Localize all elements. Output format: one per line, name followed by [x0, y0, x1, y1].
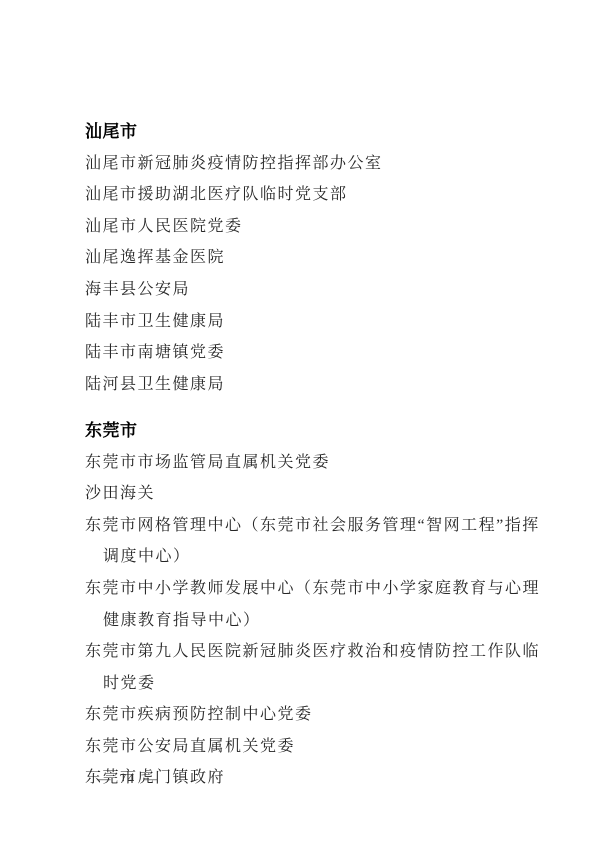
org-list-item: 沙田海关 — [85, 478, 595, 510]
org-list-item-continuation: 时党委 — [85, 668, 595, 700]
org-list-item: 海丰县公安局 — [85, 274, 595, 306]
page-number-value: 74 — [120, 771, 136, 786]
org-list-item: 东莞市中小学教师发展中心（东莞市中小学家庭教育与心理 — [85, 573, 595, 605]
org-list-item: 陆丰市南塘镇党委 — [85, 337, 595, 369]
organization-list: 汕尾市 汕尾市新冠肺炎疫情防控指挥部办公室 汕尾市援助湖北医疗队临时党支部 汕尾… — [85, 116, 595, 794]
org-list-item: 东莞市第九人民医院新冠肺炎医疗救治和疫情防控工作队临 — [85, 636, 595, 668]
org-list-item: 东莞市疾病预防控制中心党委 — [85, 699, 595, 731]
page-number-right-dash: — — [144, 771, 158, 786]
org-list-item: 汕尾逸挥基金医院 — [85, 242, 595, 274]
org-list-item: 东莞市网格管理中心（东莞市社会服务管理“智网工程”指挥 — [85, 510, 595, 542]
org-list-item: 东莞市虎门镇政府 — [85, 762, 595, 794]
org-list-item-continuation: 健康教育指导中心） — [85, 605, 595, 637]
page-number-left-dash: — — [97, 771, 111, 786]
org-list-item: 汕尾市新冠肺炎疫情防控指挥部办公室 — [85, 148, 595, 180]
org-list-item: 东莞市市场监管局直属机关党委 — [85, 447, 595, 479]
section-gap — [85, 400, 595, 415]
org-list-item: 东莞市公安局直属机关党委 — [85, 731, 595, 763]
section-shanwei: 汕尾市 汕尾市新冠肺炎疫情防控指挥部办公室 汕尾市援助湖北医疗队临时党支部 汕尾… — [85, 116, 595, 400]
section-dongguan: 东莞市 东莞市市场监管局直属机关党委 沙田海关 东莞市网格管理中心（东莞市社会服… — [85, 415, 595, 794]
org-list-item: 陆河县卫生健康局 — [85, 369, 595, 401]
org-list-item: 汕尾市人民医院党委 — [85, 211, 595, 243]
document-page: 汕尾市 汕尾市新冠肺炎疫情防控指挥部办公室 汕尾市援助湖北医疗队临时党支部 汕尾… — [0, 0, 612, 859]
page-number: —74— — [97, 771, 158, 787]
org-list-item: 陆丰市卫生健康局 — [85, 306, 595, 338]
city-section-heading: 东莞市 — [85, 415, 595, 447]
org-list-item-continuation: 调度中心） — [85, 541, 595, 573]
city-section-heading: 汕尾市 — [85, 116, 595, 148]
org-list-item: 汕尾市援助湖北医疗队临时党支部 — [85, 179, 595, 211]
